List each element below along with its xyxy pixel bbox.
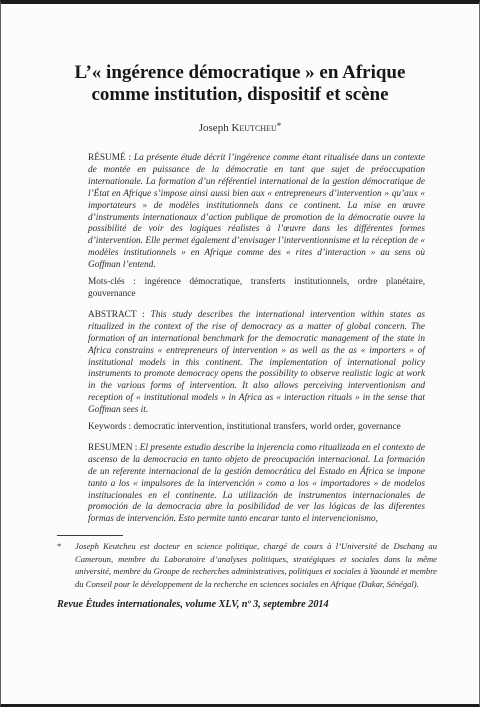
footnote-asterisk: * [57, 540, 75, 590]
author-given-name: Joseph [199, 122, 229, 134]
resume-block: RÉSUMÉ : La présente étude décrit l’ingé… [88, 153, 425, 272]
abstract-text: This study describes the international i… [88, 310, 425, 415]
paper-title-line-1: L’« ingérence démocratique » en Afrique [21, 62, 459, 84]
abstract-label: ABSTRACT : [88, 310, 145, 320]
resume-label: RÉSUMÉ : [88, 153, 131, 163]
journal-citation-footer: Revue Études internationales, volume XLV… [57, 599, 437, 610]
paper-title: L’« ingérence démocratique » en Afrique … [21, 62, 459, 106]
footnote-separator-rule [57, 535, 123, 536]
resumen-block: RESUMEN : El presente estudio describe l… [88, 443, 425, 526]
resumen-label: RESUMEN : [88, 443, 137, 453]
keywords-block: Keywords : democratic intervention, inst… [88, 422, 425, 434]
abstracts-section: RÉSUMÉ : La présente étude décrit l’ingé… [57, 153, 437, 610]
footnote-text: Joseph Keutcheu est docteur en science p… [75, 540, 437, 590]
mots-cles-text: ingérence démocratique, transferts insti… [88, 277, 425, 299]
resumen-text: El presente estudio describe la injerenc… [88, 443, 425, 524]
abstract-block: ABSTRACT : This study describes the inte… [88, 310, 425, 417]
author-footnote-mark: * [277, 121, 282, 131]
author-footnote: * Joseph Keutcheu est docteur en science… [57, 540, 437, 590]
scanned-paper-page: L’« ingérence démocratique » en Afrique … [0, 0, 480, 707]
author-family-name: Keutcheu [231, 122, 276, 134]
resume-text: La présente étude décrit l’ingérence com… [88, 153, 425, 270]
author-line: Joseph Keutcheu* [1, 121, 479, 134]
paper-title-line-2: comme institution, dispositif et scène [21, 84, 459, 106]
mots-cles-label: Mots-clés : [88, 277, 136, 287]
mots-cles-block: Mots-clés : ingérence démocratique, tran… [88, 277, 425, 301]
keywords-text: democratic intervention, institutional t… [133, 422, 400, 432]
keywords-label: Keywords : [88, 422, 131, 432]
